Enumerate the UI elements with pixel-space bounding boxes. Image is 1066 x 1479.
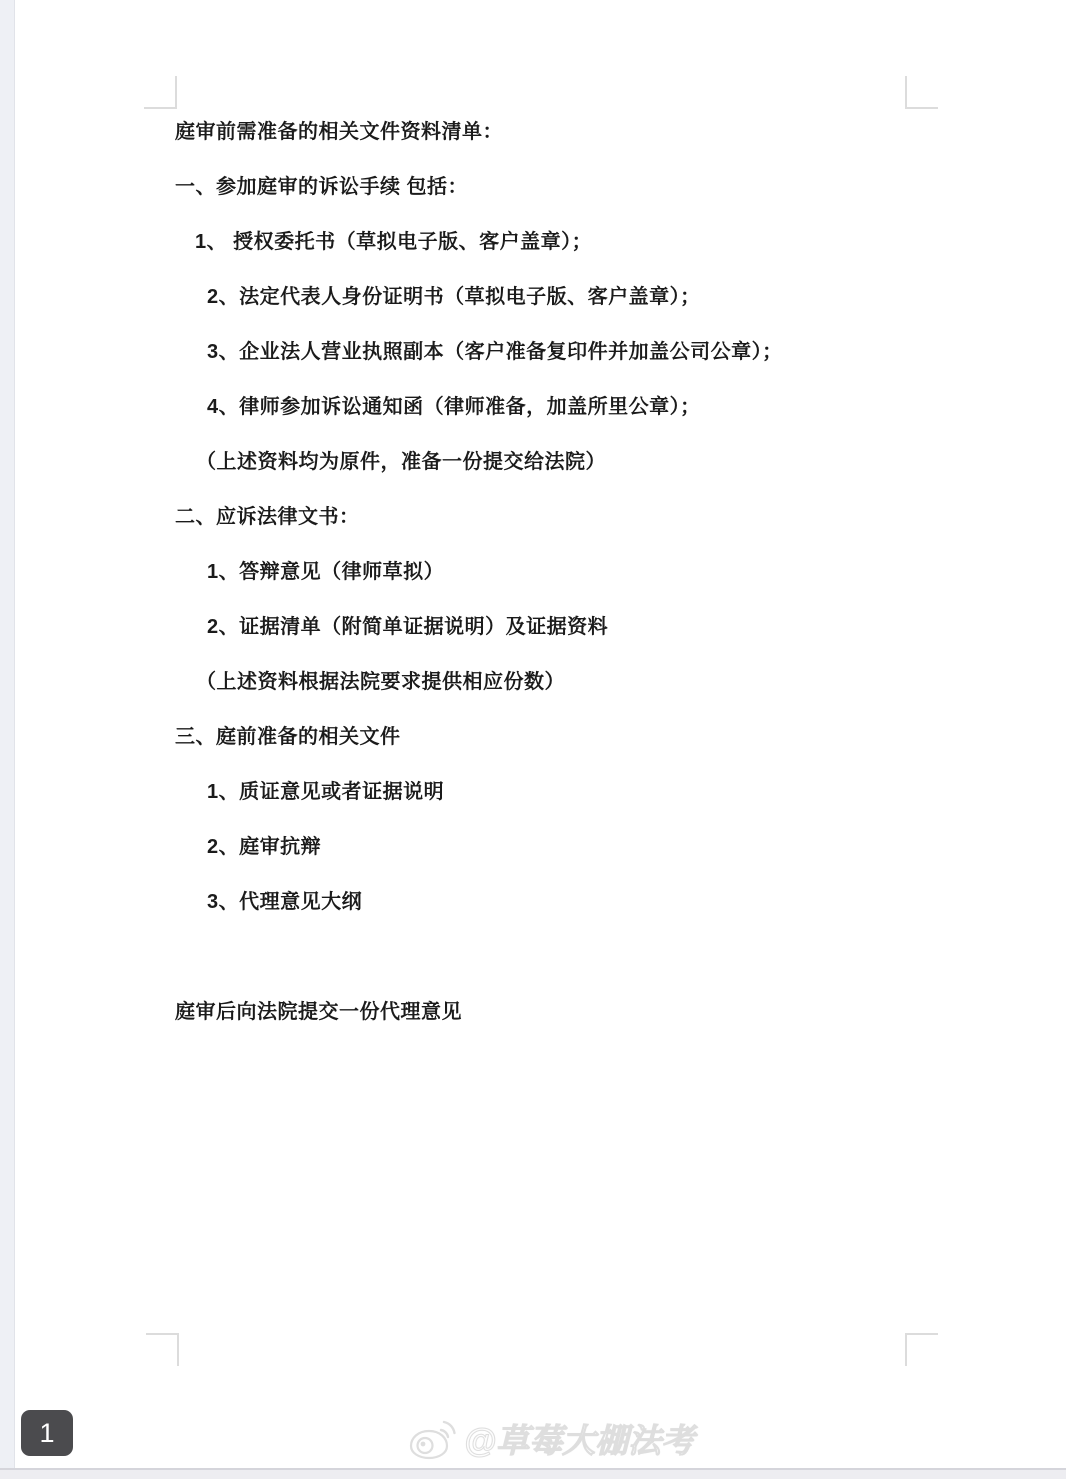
doc-title-line: 庭审前需准备的相关文件资料清单： (175, 105, 920, 160)
doc-section-3: 三、庭前准备的相关文件 (175, 710, 920, 765)
weibo-watermark: @草莓大棚法考 (408, 1415, 694, 1462)
doc-line: 2、法定代表人身份证明书（草拟电子版、客户盖章）； (175, 270, 920, 325)
doc-line: 3、代理意见大纲 (175, 875, 920, 930)
weibo-icon (408, 1417, 456, 1461)
doc-line: 2、证据清单（附简单证据说明）及证据资料 (175, 600, 920, 655)
margin-corner-mark-top-left (144, 76, 177, 109)
margin-corner-mark-bottom-right (905, 1333, 938, 1366)
document-page: 庭审前需准备的相关文件资料清单： 一、参加庭审的诉讼手续 包括： 1、 授权委托… (0, 0, 1066, 1479)
doc-line: 1、质证意见或者证据说明 (175, 765, 920, 820)
document-text-body: 庭审前需准备的相关文件资料清单： 一、参加庭审的诉讼手续 包括： 1、 授权委托… (175, 105, 920, 1040)
doc-line: 2、庭审抗辩 (175, 820, 920, 875)
page-number-badge: 1 (21, 1410, 73, 1456)
doc-section-1: 一、参加庭审的诉讼手续 包括： (175, 160, 920, 215)
doc-line: 3、企业法人营业执照副本（客户准备复印件并加盖公司公章）； (175, 325, 920, 380)
blank-line (175, 930, 920, 985)
doc-line: 4、律师参加诉讼通知函（律师准备，加盖所里公章）； (175, 380, 920, 435)
page-bottom-edge (0, 1468, 1066, 1479)
doc-line: 1、 授权委托书（草拟电子版、客户盖章）； (175, 215, 920, 270)
watermark-handle: @草莓大棚法考 (464, 1415, 694, 1462)
doc-note-line: （上述资料均为原件，准备一份提交给法院） (175, 435, 920, 490)
page-number: 1 (39, 1418, 54, 1449)
viewport-left-gutter (0, 0, 15, 1479)
doc-closing-line: 庭审后向法院提交一份代理意见 (175, 985, 920, 1040)
doc-note-line: （上述资料根据法院要求提供相应份数） (175, 655, 920, 710)
margin-corner-mark-bottom-left (146, 1333, 179, 1366)
doc-line: 1、答辩意见（律师草拟） (175, 545, 920, 600)
doc-section-2: 二、应诉法律文书： (175, 490, 920, 545)
